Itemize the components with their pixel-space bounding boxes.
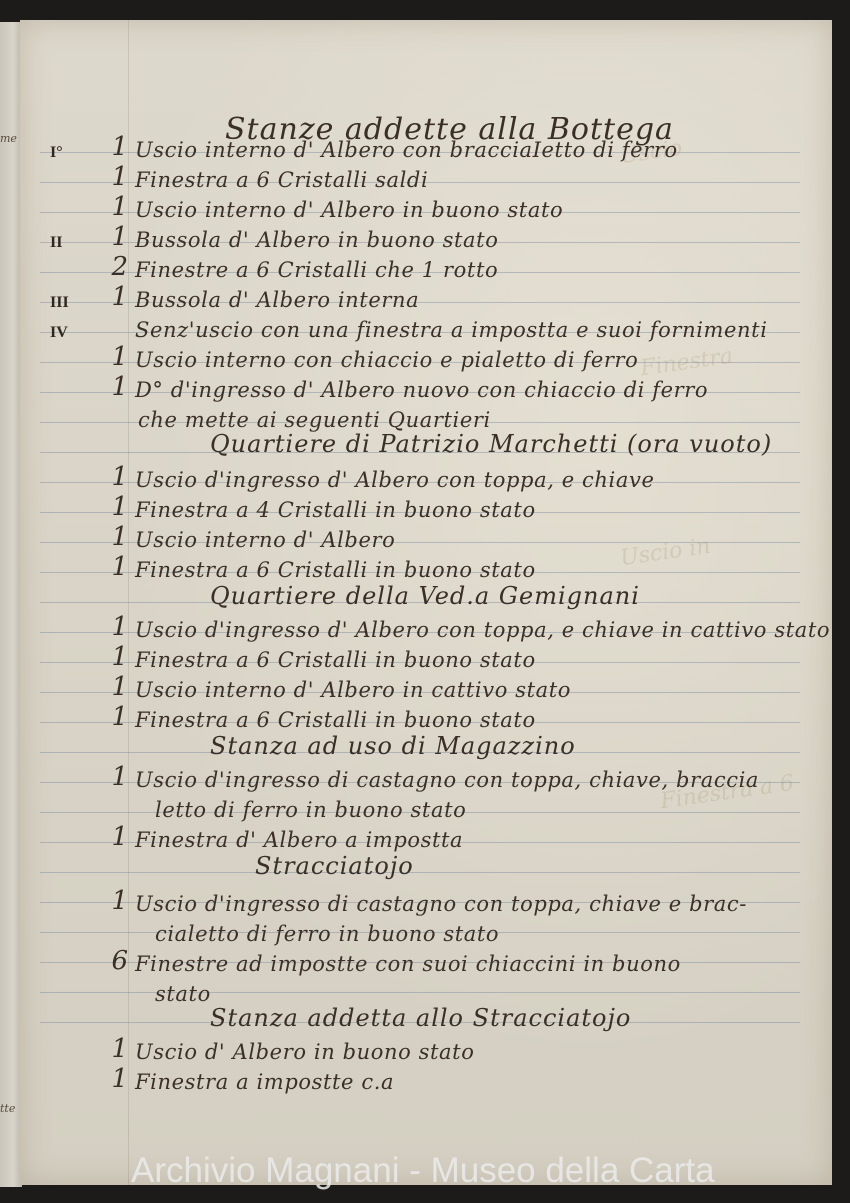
- entry-text: Finestre ad impostte con suoi chiaccini …: [135, 952, 681, 976]
- quantity: 1: [98, 522, 128, 552]
- entry-text: Uscio d'ingresso d' Albero con toppa, e …: [135, 468, 654, 492]
- entry-text: Uscio interno con chiaccio e pialetto di…: [135, 348, 638, 372]
- quantity: 1: [98, 132, 128, 162]
- quantity: 1: [98, 642, 128, 672]
- adjacent-page-edge: me tte: [0, 22, 22, 1187]
- entry-text: Uscio interno d' Albero con bracciaIetto…: [135, 138, 678, 162]
- quantity: 1: [98, 342, 128, 372]
- room-numeral: I°: [50, 144, 90, 162]
- entry-text: Uscio interno d' Albero in buono stato: [135, 198, 563, 222]
- entry-text: Finestra a 4 Cristalli in buono stato: [135, 498, 536, 522]
- margin-line: [128, 20, 129, 1185]
- section-heading: Stracciatojo: [255, 852, 414, 880]
- entry-text: Uscio d' Albero in buono stato: [135, 1040, 474, 1064]
- quantity: 1: [98, 1064, 128, 1094]
- entry-text: Uscio interno d' Albero: [135, 528, 395, 552]
- entry-text: Uscio d'ingresso di castagno con toppa, …: [135, 768, 759, 792]
- entry-text: Finestra a 6 Cristalli in buono stato: [135, 558, 536, 582]
- entry-text: letto di ferro in buono stato: [155, 798, 466, 822]
- quantity: 1: [98, 822, 128, 852]
- entry-text: stato: [155, 982, 211, 1006]
- entry-text: Bussola d' Albero in buono stato: [135, 228, 498, 252]
- quantity: 1: [98, 886, 128, 916]
- entry-text: Bussola d' Albero interna: [135, 288, 419, 312]
- section-heading: Stanza addetta allo Stracciatojo: [210, 1004, 631, 1032]
- manuscript-page: Uscio Finestra Uscio in Finestra a 6 Sta…: [20, 20, 832, 1185]
- quantity: 6: [98, 946, 128, 976]
- entry-text: che mette ai seguenti Quartieri: [138, 408, 491, 432]
- entry-text: Uscio d'ingresso d' Albero con toppa, e …: [135, 618, 830, 642]
- quantity: 1: [98, 672, 128, 702]
- entry-text: Uscio interno d' Albero in cattivo stato: [135, 678, 571, 702]
- quantity: 1: [98, 462, 128, 492]
- left-page-fragment: tte: [0, 1102, 15, 1115]
- quantity: 1: [98, 762, 128, 792]
- entry-text: Finestra a 6 Cristalli in buono stato: [135, 708, 536, 732]
- quantity: 1: [98, 702, 128, 732]
- entry-text: Finestra a 6 Cristalli in buono stato: [135, 648, 536, 672]
- section-heading: Quartiere di Patrizio Marchetti (ora vuo…: [210, 430, 772, 458]
- entry-text: D° d'ingresso d' Albero nuovo con chiacc…: [135, 378, 708, 402]
- quantity: 1: [98, 612, 128, 642]
- room-numeral: IV: [50, 324, 90, 342]
- section-heading: Quartiere della Ved.a Gemignani: [210, 582, 640, 610]
- quantity: 1: [98, 372, 128, 402]
- quantity: 1: [98, 282, 128, 312]
- section-heading: Stanza ad uso di Magazzino: [210, 732, 576, 760]
- quantity: 2: [98, 252, 128, 282]
- entry-text: Uscio d'ingresso di castagno con toppa, …: [135, 892, 747, 916]
- quantity: 1: [98, 162, 128, 192]
- archive-watermark: Archivio Magnani - Museo della Carta: [131, 1151, 715, 1191]
- quantity: 1: [98, 222, 128, 252]
- left-page-fragment: me: [0, 132, 17, 145]
- entry-text: Finestra a impostte c.a: [135, 1070, 394, 1094]
- room-numeral: II: [50, 234, 90, 252]
- quantity: 1: [98, 192, 128, 222]
- entry-text: Senz'uscio con una finestra a impostta e…: [135, 318, 768, 342]
- quantity: 1: [98, 552, 128, 582]
- quantity: 1: [98, 492, 128, 522]
- entry-text: Finestra d' Albero a impostta: [135, 828, 463, 852]
- entry-text: Finestra a 6 Cristalli saldi: [135, 168, 428, 192]
- entry-text: Finestre a 6 Cristalli che 1 rotto: [135, 258, 498, 282]
- entry-text: cialetto di ferro in buono stato: [155, 922, 499, 946]
- room-numeral: III: [50, 294, 90, 312]
- quantity: 1: [98, 1034, 128, 1064]
